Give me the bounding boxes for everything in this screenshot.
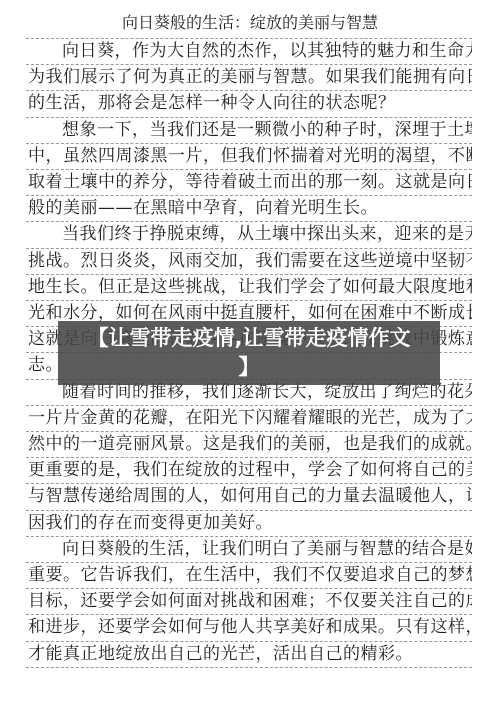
essay-line: 向日葵，作为大自然的杰作，以其独特的魅力和生命力， [28, 39, 472, 63]
essay-line: 取着土壤中的养分，等待着破土而出的那一刻。这就是向日葵 [28, 170, 472, 194]
essay-line: 向日葵般的生活，让我们明白了美丽与智慧的结合是如此 [28, 537, 472, 561]
banner-title-line-1: 【让雪带走疫情,让雪带走疫情作文 [58, 324, 440, 353]
essay-line: 因我们的存在而变得更加美好。 [28, 511, 472, 535]
essay-line: 中，虽然四周漆黑一片，但我们怀揣着对光明的渴望，不断汲 [28, 144, 472, 168]
essay-line: 挑战。烈日炎炎，风雨交加，我们需要在这些逆境中坚韧不拔 [28, 249, 472, 273]
essay-line: 一片片金黄的花瓣，在阳光下闪耀着耀眼的光芒，成为了大自 [28, 406, 472, 430]
essay-line: 为我们展示了何为真正的美丽与智慧。如果我们能拥有向日葵般 [28, 65, 472, 89]
essay-title: 向日葵般的生活：绽放的美丽与智慧 [0, 10, 500, 36]
essay-line: 才能真正地绽放出自己的光芒，活出自己的精彩。 [28, 642, 472, 666]
essay-line: 的生活，那将会是怎样一种令人向往的状态呢？ [28, 91, 472, 115]
essay-line: 更重要的是，我们在绽放的过程中，学会了如何将自己的美丽 [28, 458, 472, 482]
essay-line: 想象一下，当我们还是一颗微小的种子时，深埋于土壤之 [28, 118, 472, 142]
ruled-line [26, 667, 472, 668]
essay-line: 重要。它告诉我们，在生活中，我们不仅要追求自己的梦想和 [28, 563, 472, 587]
essay-line: 与智慧传递给周围的人，如何用自己的力量去温暖他人，让世界 [28, 484, 472, 508]
essay-line: 然中的一道亮丽风景。这是我们的美丽，也是我们的成就。但 [28, 432, 472, 456]
article-title-banner[interactable]: 【让雪带走疫情,让雪带走疫情作文 】 [58, 321, 440, 385]
essay-line: 和进步，还要学会如何与他人共享美好和成果。只有这样，我们 [28, 615, 472, 639]
handwritten-essay-page: 向日葵般的生活：绽放的美丽与智慧 向日葵，作为大自然的杰作，以其独特的魅力和生命… [0, 0, 500, 706]
essay-line: 般的美丽——在黑暗中孕育，向着光明生长。 [28, 196, 472, 220]
essay-line: 地生长。但正是这些挑战，让我们学会了如何最大限度地利用阳 [28, 275, 472, 299]
banner-title-line-2: 】 [58, 353, 440, 382]
essay-line: 当我们终于挣脱束缚，从土壤中探出头来，迎来的是无尽的 [28, 222, 472, 246]
essay-line: 目标，还要学会如何面对挑战和困难；不仅要关注自己的成长 [28, 589, 472, 613]
